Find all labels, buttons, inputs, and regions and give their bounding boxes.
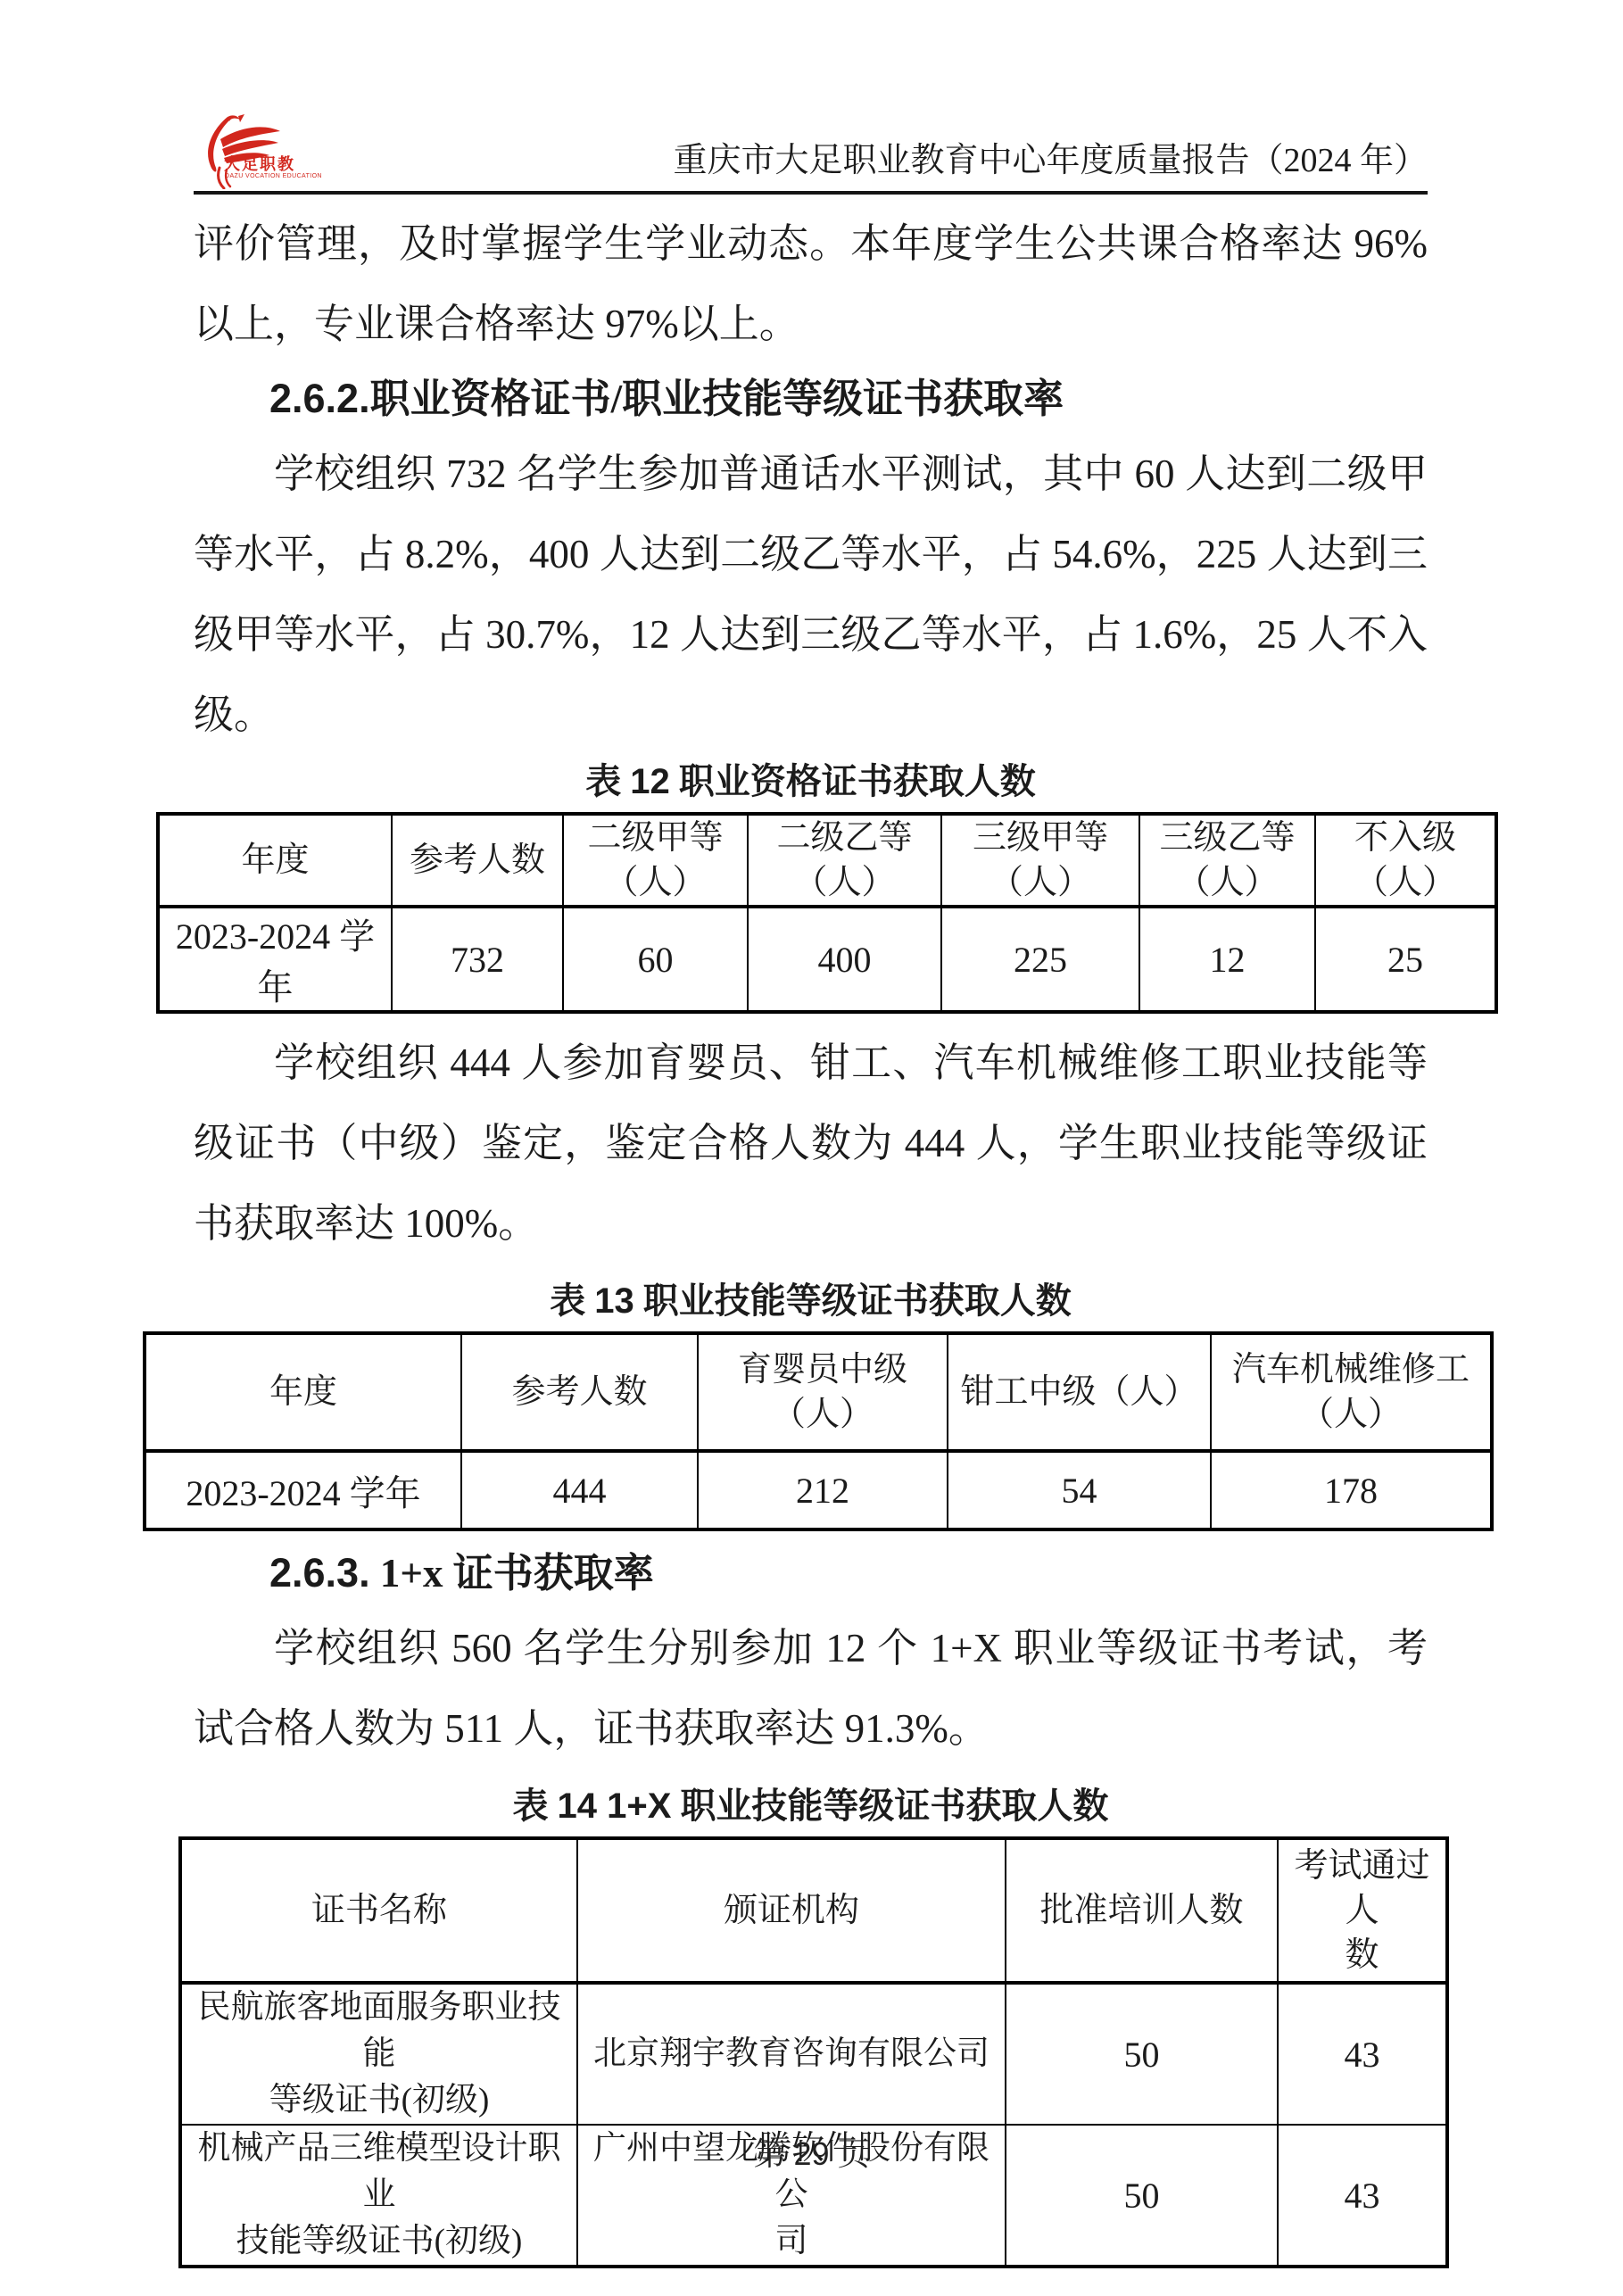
cell-ungraded: 25	[1315, 907, 1496, 1012]
section-number: 2.6.3.	[269, 1550, 370, 1596]
caption-number: 14 1+X	[558, 1786, 672, 1826]
col-grade3b: 三级乙等 （人）	[1139, 814, 1315, 907]
paragraph-pass-rate: 评价管理，及时掌握学生学业动态。本年度学生公共课合格率达 96%以上，专业课合格…	[194, 203, 1428, 364]
table-14-caption: 表 14 1+X 职业技能等级证书获取人数	[194, 1783, 1428, 1829]
table-14: 证书名称 颁证机构 批准培训人数 考试通过人 数 民航旅客地面服务职业技能 等级…	[178, 1836, 1449, 2268]
page-header: 大足职教 DAZU VOCATION EDUCATION 重庆市大足职业教育中心…	[194, 114, 1428, 189]
cell-issuer: 北京翔宇教育咨询有限公司	[577, 1983, 1006, 2125]
col-year: 年度	[158, 814, 392, 907]
col-grade2b: 二级乙等 （人）	[748, 814, 941, 907]
caption-title: 职业技能等级证书获取人数	[643, 1281, 1072, 1321]
cell-year: 2023-2024 学年	[145, 1451, 461, 1529]
cell-grade3a: 225	[941, 907, 1139, 1012]
section-title: 职业资格证书/职业技能等级证书获取率	[370, 377, 1064, 421]
cell-fitter: 54	[948, 1451, 1211, 1529]
col-cert-name: 证书名称	[180, 1838, 577, 1983]
page-number-prefix: 第	[753, 2136, 785, 2172]
paragraph-putonghua-test: 学校组织 732 名学生参加普通话水平测试，其中 60 人达到二级甲等水平，占 …	[194, 434, 1428, 755]
col-grade2a: 二级甲等 （人）	[563, 814, 748, 907]
caption-prefix: 表	[513, 1786, 549, 1826]
col-auto-mechanic: 汽车机械维修工 （人）	[1211, 1333, 1492, 1451]
table-12-header-row: 年度 参考人数 二级甲等 （人） 二级乙等 （人） 三级甲等 （人） 三级乙等 …	[158, 814, 1496, 907]
header-rule	[194, 191, 1428, 195]
cell-grade2b: 400	[748, 907, 941, 1012]
paragraph-1x-cert: 学校组织 560 名学生分别参加 12 个 1+X 职业等级证书考试，考试合格人…	[194, 1608, 1428, 1769]
cell-grade3b: 12	[1139, 907, 1315, 1012]
col-passed: 考试通过人 数	[1278, 1838, 1447, 1983]
col-nursery: 育婴员中级 （人）	[698, 1333, 948, 1451]
page-number-suffix: 页	[838, 2136, 870, 2172]
caption-title: 职业资格证书获取人数	[679, 761, 1036, 801]
section-heading-262: 2.6.2.职业资格证书/职业技能等级证书获取率	[194, 364, 1428, 434]
table-14-header-row: 证书名称 颁证机构 批准培训人数 考试通过人 数	[180, 1838, 1447, 1983]
section-number: 2.6.2.	[269, 376, 370, 421]
page-number: 29	[793, 2135, 829, 2172]
table-12-caption: 表 12 职业资格证书获取人数	[194, 758, 1428, 805]
cell-participants: 732	[392, 907, 563, 1012]
col-participants: 参考人数	[392, 814, 563, 907]
table-13: 年度 参考人数 育婴员中级 （人） 钳工中级（人） 汽车机械维修工 （人） 20…	[143, 1331, 1494, 1531]
col-issuer: 颁证机构	[577, 1838, 1006, 1983]
cell-auto-mechanic: 178	[1211, 1451, 1492, 1529]
cell-approved: 50	[1006, 1983, 1278, 2125]
cell-nursery: 212	[698, 1451, 948, 1529]
logo-en-text: DAZU VOCATION EDUCATION	[225, 173, 322, 179]
cell-cert-name: 民航旅客地面服务职业技能 等级证书(初级)	[180, 1983, 577, 2125]
cell-year: 2023-2024 学年	[158, 907, 392, 1012]
table-14-row-civil-aviation: 民航旅客地面服务职业技能 等级证书(初级) 北京翔宇教育咨询有限公司 50 43	[180, 1983, 1447, 2125]
caption-prefix: 表	[550, 1281, 585, 1321]
section-title: 1+x 证书获取率	[380, 1551, 654, 1596]
caption-number: 12	[630, 762, 670, 801]
col-grade3a: 三级甲等 （人）	[941, 814, 1139, 907]
col-ungraded: 不入级 （人）	[1315, 814, 1496, 907]
cell-passed: 43	[1278, 1983, 1447, 2125]
table-13-header-row: 年度 参考人数 育婴员中级 （人） 钳工中级（人） 汽车机械维修工 （人）	[145, 1333, 1492, 1451]
table-12-data-row: 2023-2024 学年 732 60 400 225 12 25	[158, 907, 1496, 1012]
logo-cn-text: 大足职教	[224, 152, 295, 175]
col-approved-trainees: 批准培训人数	[1006, 1838, 1278, 1983]
table-13-caption: 表 13 职业技能等级证书获取人数	[194, 1278, 1428, 1324]
cell-participants: 444	[461, 1451, 698, 1529]
school-logo: 大足职教 DAZU VOCATION EDUCATION	[194, 114, 301, 189]
col-participants: 参考人数	[461, 1333, 698, 1451]
section-heading-263: 2.6.3. 1+x 证书获取率	[194, 1538, 1428, 1608]
caption-title: 职业技能等级证书获取人数	[680, 1786, 1108, 1826]
document-title: 重庆市大足职业教育中心年度质量报告（2024 年）	[673, 141, 1428, 180]
caption-number: 13	[594, 1281, 634, 1321]
document-page: 大足职教 DAZU VOCATION EDUCATION 重庆市大足职业教育中心…	[0, 0, 1623, 2296]
cell-grade2a: 60	[563, 907, 748, 1012]
col-year: 年度	[145, 1333, 461, 1451]
caption-prefix: 表	[585, 761, 621, 801]
page-footer: 第 29 页	[0, 2129, 1623, 2175]
table-12: 年度 参考人数 二级甲等 （人） 二级乙等 （人） 三级甲等 （人） 三级乙等 …	[156, 812, 1498, 1014]
col-fitter: 钳工中级（人）	[948, 1333, 1211, 1451]
table-13-data-row: 2023-2024 学年 444 212 54 178	[145, 1451, 1492, 1529]
paragraph-skill-cert: 学校组织 444 人参加育婴员、钳工、汽车机械维修工职业技能等级证书（中级）鉴定…	[194, 1023, 1428, 1264]
